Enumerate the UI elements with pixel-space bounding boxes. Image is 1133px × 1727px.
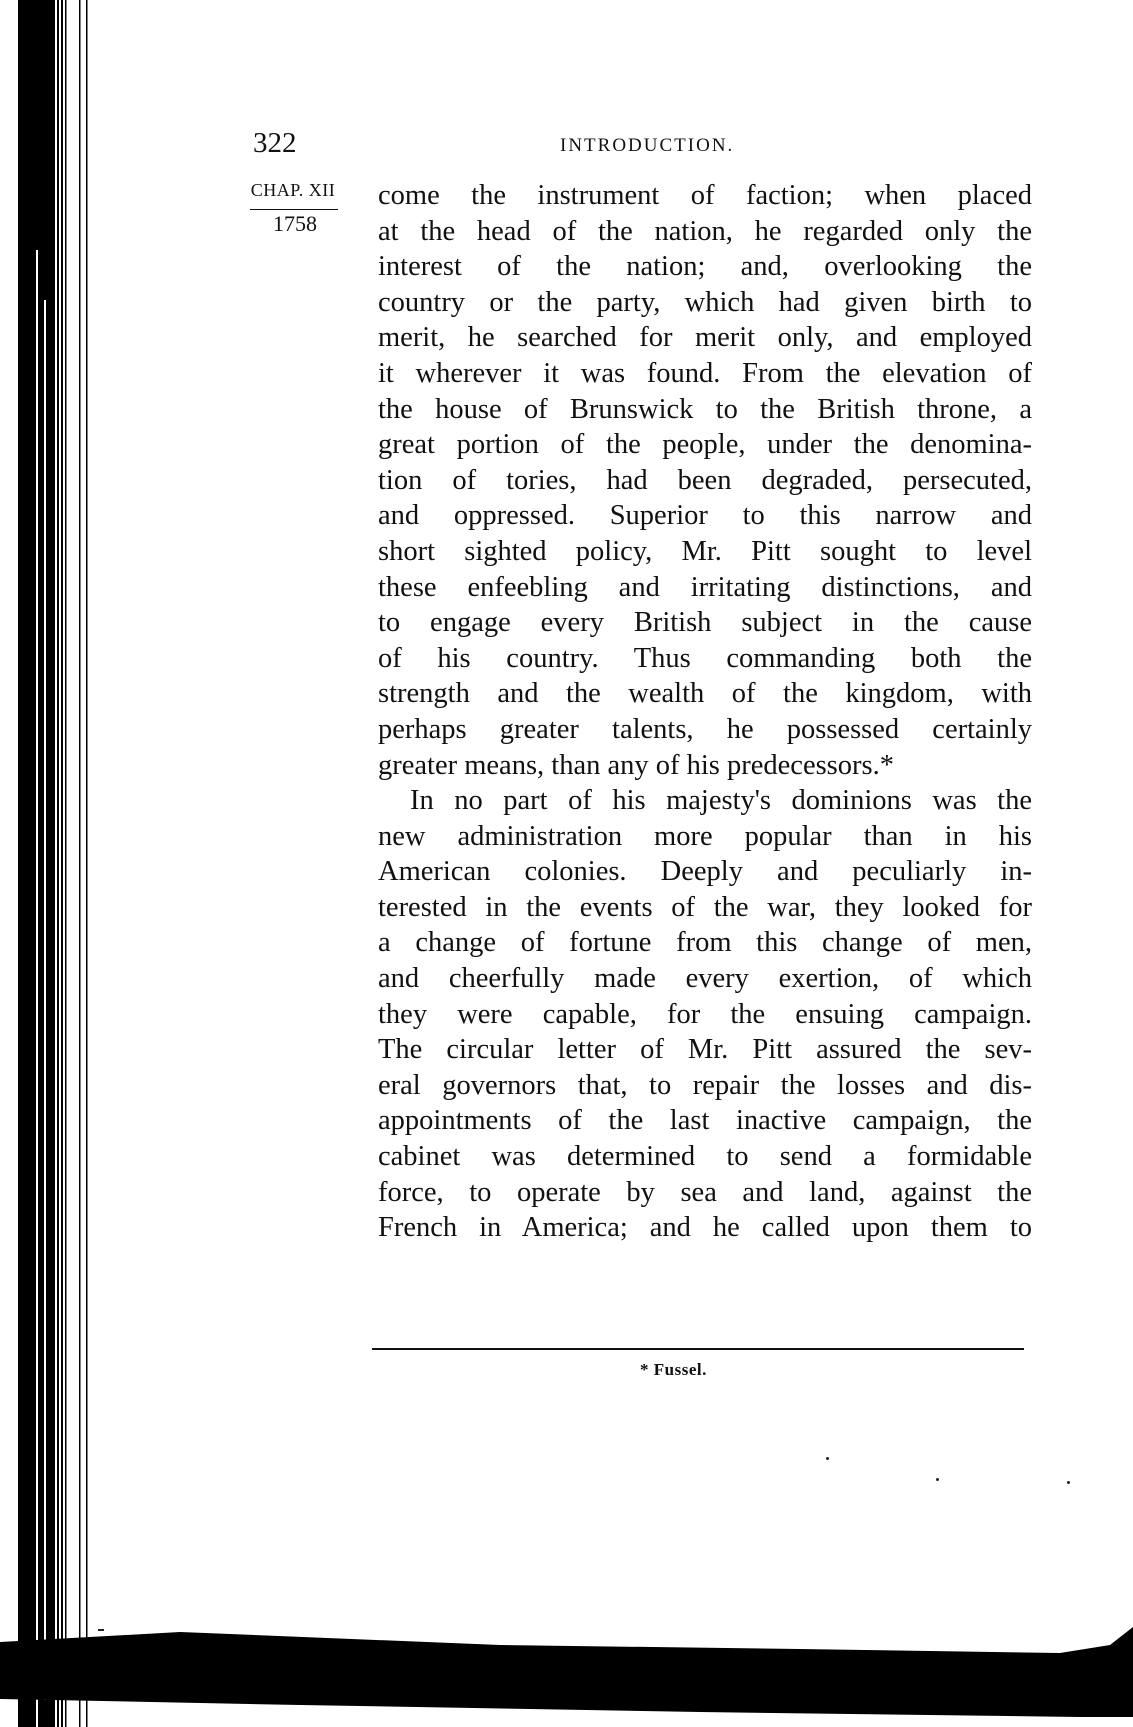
page-number: 322 (253, 127, 297, 160)
text-line: to engage every British subject in the c… (378, 605, 1032, 641)
text-line: merit, he searched for merit only, and e… (378, 320, 1032, 356)
margin-year: 1758 (250, 211, 340, 237)
text-line: great portion of the people, under the d… (378, 427, 1032, 463)
text-line: at the head of the nation, he regarded o… (378, 214, 1032, 250)
text-line: American colonies. Deeply and peculiarly… (378, 854, 1032, 890)
text-line: The circular letter of Mr. Pitt assured … (378, 1032, 1032, 1068)
text-line: the house of Brunswick to the British th… (378, 392, 1032, 428)
chapter-label: CHAP. XII (246, 180, 340, 201)
text-line: new administration more popular than in … (378, 819, 1032, 855)
footnote-rule (372, 1348, 1024, 1350)
scan-speck (1067, 1481, 1070, 1484)
text-line: strength and the wealth of the kingdom, … (378, 676, 1032, 712)
text-line: In no part of his majesty's dominions wa… (378, 783, 1032, 819)
text-line: perhaps greater talents, he possessed ce… (378, 712, 1032, 748)
text-line: French in America; and he called upon th… (378, 1210, 1032, 1246)
text-line: and cheerfully made every exertion, of w… (378, 961, 1032, 997)
text-line: and oppressed. Superior to this narrow a… (378, 498, 1032, 534)
text-line: they were capable, for the ensuing campa… (378, 997, 1032, 1033)
footnote: * Fussel. (640, 1360, 707, 1380)
text-line: eral governors that, to repair the losse… (378, 1068, 1032, 1104)
text-line: interest of the nation; and, overlooking… (378, 249, 1032, 285)
body-text: come the instrument of faction; when pla… (378, 178, 1032, 1246)
text-line: of his country. Thus commanding both the (378, 641, 1032, 677)
margin-note: CHAP. XII 1758 (250, 180, 340, 237)
running-title: INTRODUCTION. (560, 135, 734, 157)
text-line: cabinet was determined to send a formida… (378, 1139, 1032, 1175)
text-line: it wherever it was found. From the eleva… (378, 356, 1032, 392)
scan-speck (936, 1478, 939, 1481)
scan-speck (826, 1457, 829, 1460)
text-line: short sighted policy, Mr. Pitt sought to… (378, 534, 1032, 570)
text-line: force, to operate by sea and land, again… (378, 1175, 1032, 1211)
text-line: these enfeebling and irritating distinct… (378, 570, 1032, 606)
text-line: country or the party, which had given bi… (378, 285, 1032, 321)
running-head: 322 INTRODUCTION. (0, 127, 1133, 167)
margin-rule (250, 209, 338, 210)
scan-speck (98, 1629, 104, 1631)
text-line: a change of fortune from this change of … (378, 925, 1032, 961)
text-line: appointments of the last inactive campai… (378, 1103, 1032, 1139)
book-page: 322 INTRODUCTION. CHAP. XII 1758 come th… (0, 0, 1133, 1727)
text-line: tion of tories, had been degraded, perse… (378, 463, 1032, 499)
text-line: come the instrument of faction; when pla… (378, 178, 1032, 214)
text-line: terested in the events of the war, they … (378, 890, 1032, 926)
text-line: greater means, than any of his predecess… (378, 748, 1032, 784)
